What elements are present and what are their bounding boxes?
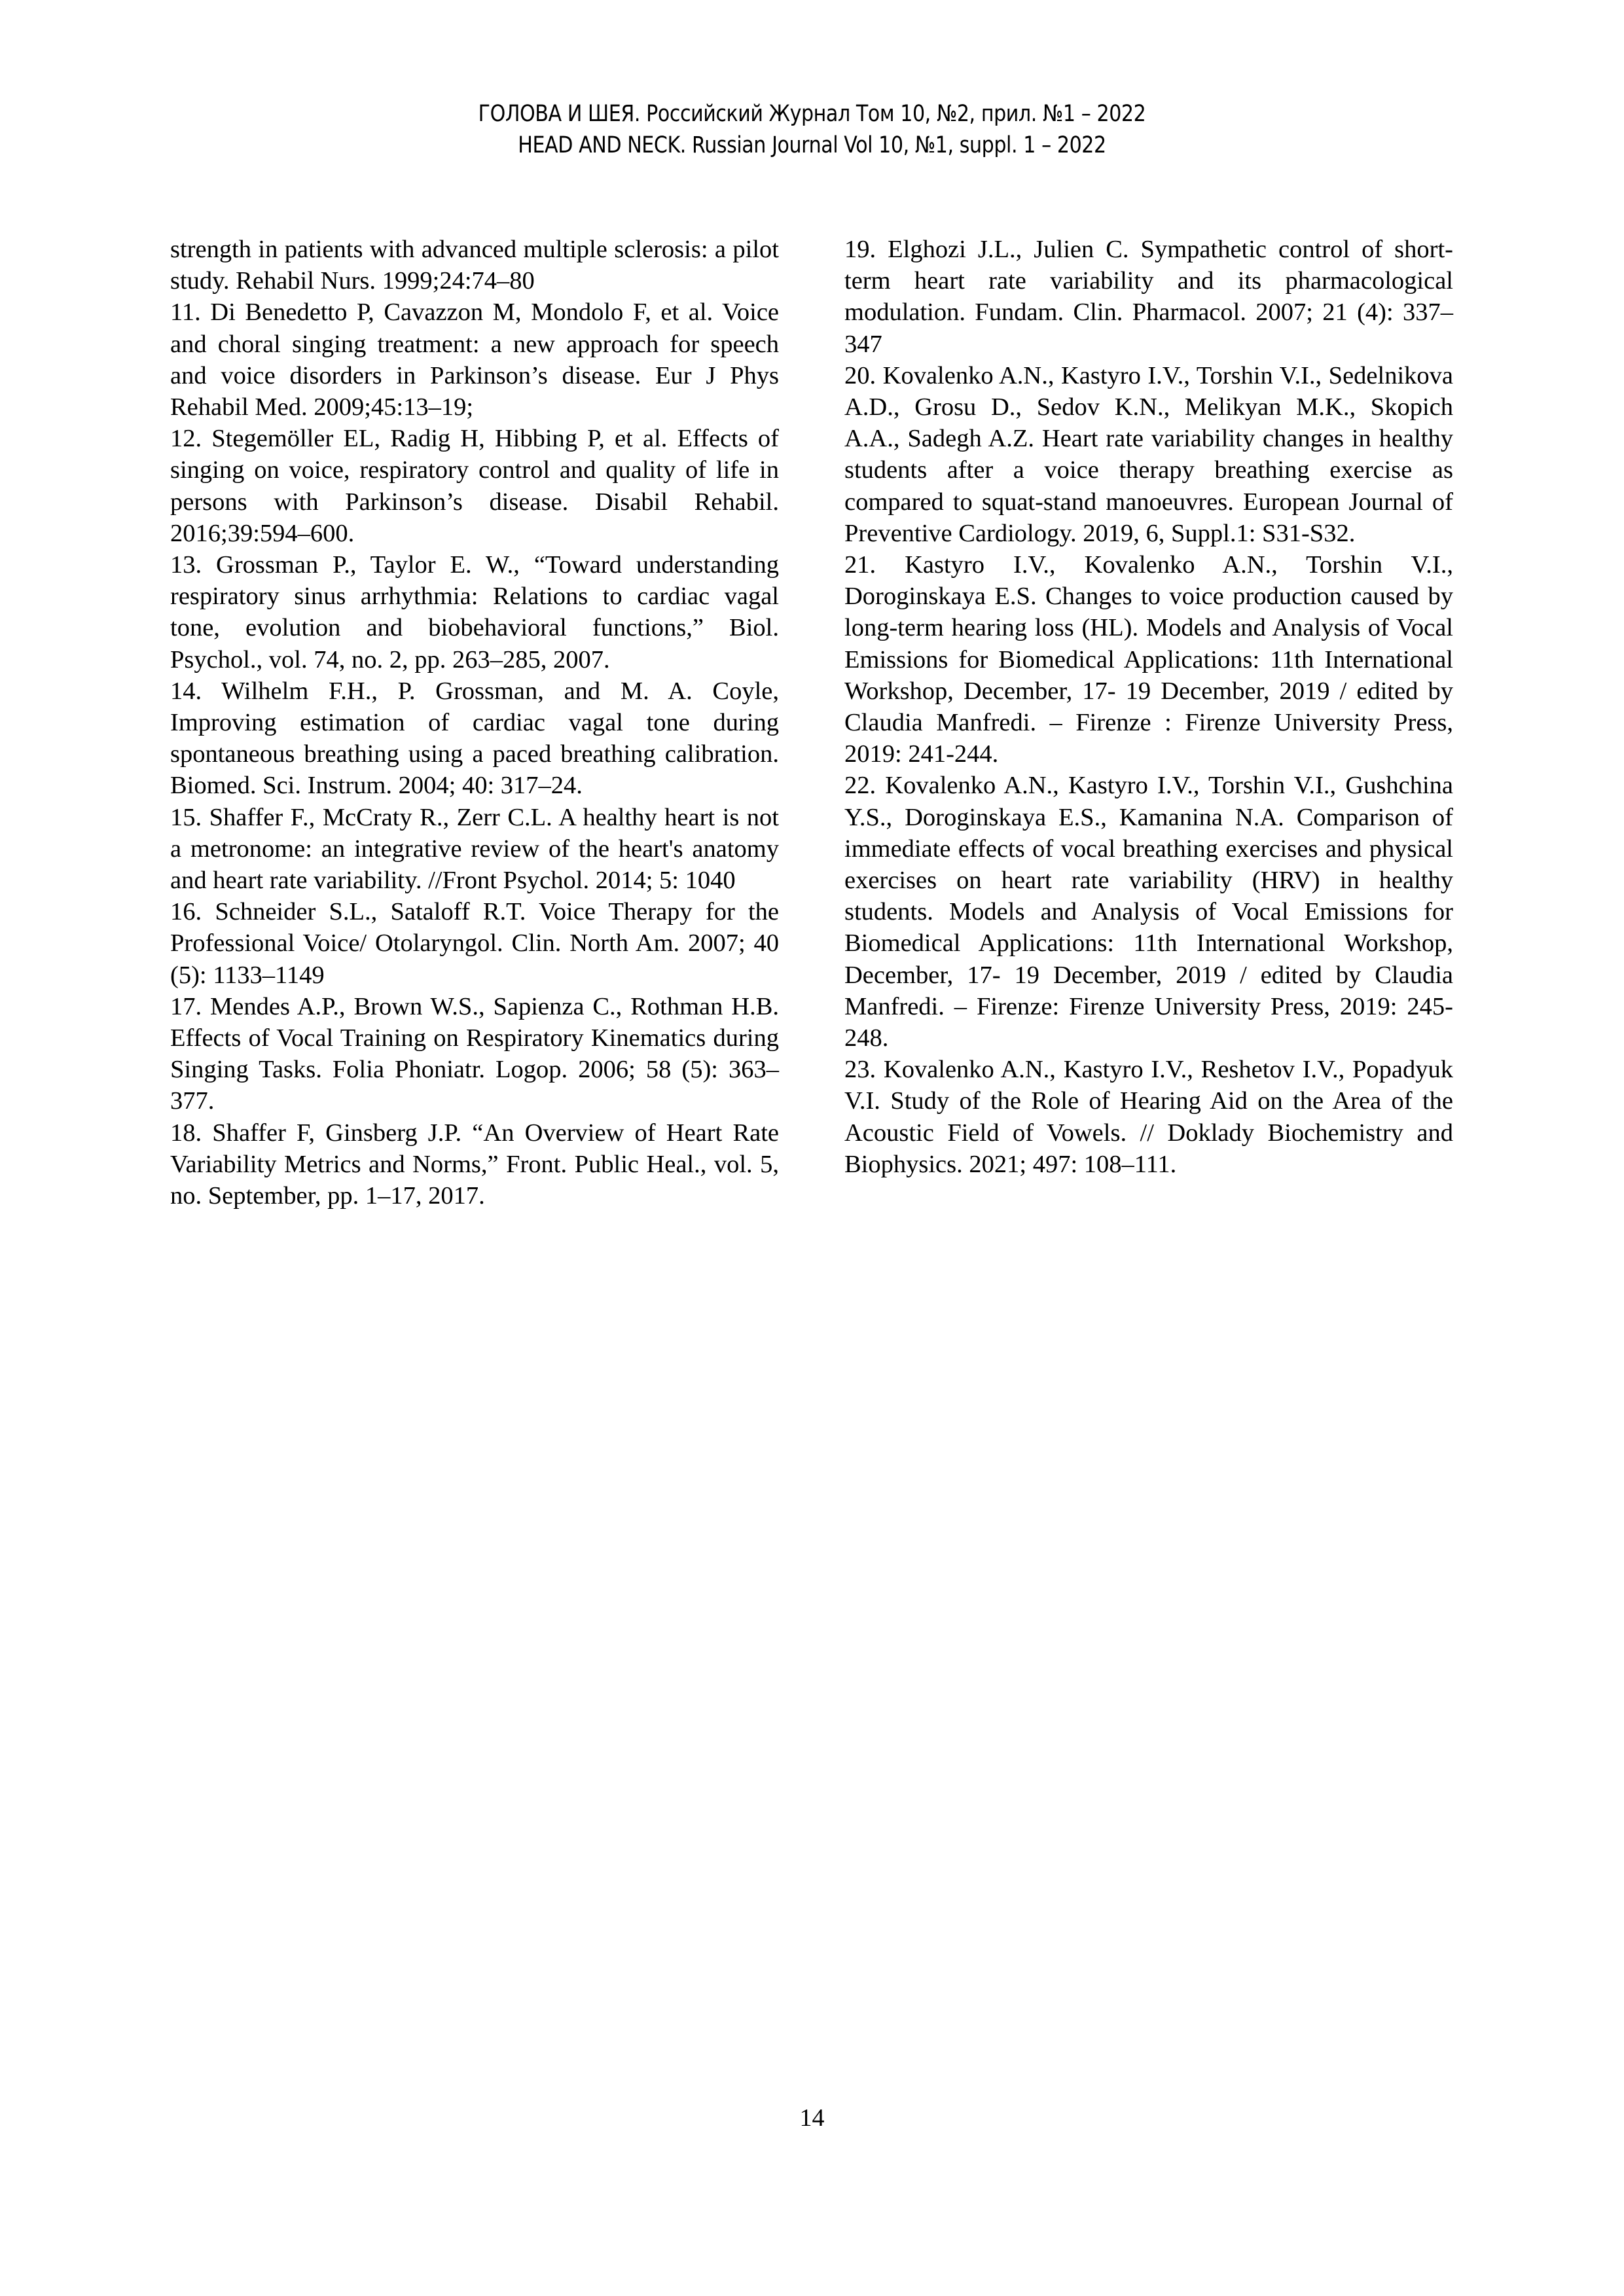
journal-title-en: HEAD AND NECK. Russian Journal Vol 10, №… — [114, 130, 1511, 161]
reference-item: 16. Schneider S.L., Sataloff R.T. Voice … — [170, 896, 779, 991]
journal-title-ru: ГОЛОВА И ШЕЯ. Российский Журнал Том 10, … — [114, 98, 1511, 130]
reference-item: 19. Elghozi J.L., Julien C. Sympathetic … — [844, 234, 1453, 360]
reference-item: strength in patients with advanced multi… — [170, 234, 779, 296]
reference-item: 17. Mendes A.P., Brown W.S., Sapienza C.… — [170, 991, 779, 1117]
reference-item: 13. Grossman P., Taylor E. W., “Toward u… — [170, 549, 779, 675]
reference-item: 21. Kastyro I.V., Kovalenko A.N., Torshi… — [844, 549, 1453, 770]
reference-item: 14. Wilhelm F.H., P. Grossman, and M. A.… — [170, 675, 779, 802]
reference-item: 15. Shaffer F., McCraty R., Zerr C.L. A … — [170, 802, 779, 897]
reference-item: 20. Kovalenko A.N., Kastyro I.V., Torshi… — [844, 360, 1453, 549]
reference-item: 12. Stegemöller EL, Radig H, Hibbing P, … — [170, 423, 779, 549]
references-left-column: strength in patients with advanced multi… — [170, 234, 779, 1211]
reference-item: 11. Di Benedetto P, Cavazzon M, Mondolo … — [170, 296, 779, 423]
reference-item: 23. Kovalenko A.N., Kastyro I.V., Reshet… — [844, 1054, 1453, 1180]
running-header: ГОЛОВА И ШЕЯ. Российский Журнал Том 10, … — [114, 98, 1511, 161]
reference-item: 18. Shaffer F, Ginsberg J.P. “An Overvie… — [170, 1117, 779, 1212]
reference-item: 22. Kovalenko A.N., Kastyro I.V., Torshi… — [844, 770, 1453, 1054]
page-number: 14 — [0, 2104, 1624, 2132]
references-right-column: 19. Elghozi J.L., Julien C. Sympathetic … — [844, 234, 1453, 1180]
